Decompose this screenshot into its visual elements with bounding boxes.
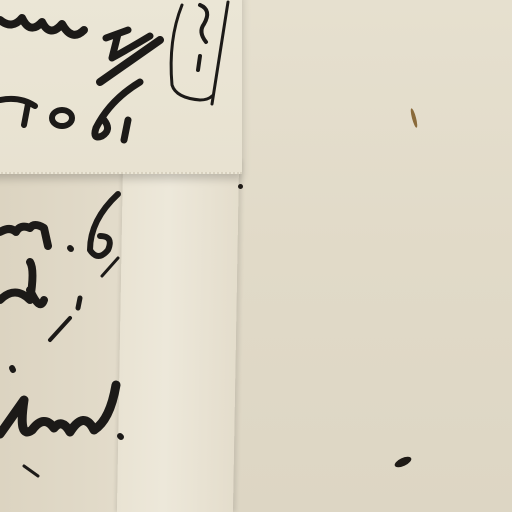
paper-strip [117, 160, 239, 512]
top-handwritten-label [0, 0, 242, 174]
left-handwritten-label [0, 150, 128, 512]
dark-speck [238, 184, 243, 189]
